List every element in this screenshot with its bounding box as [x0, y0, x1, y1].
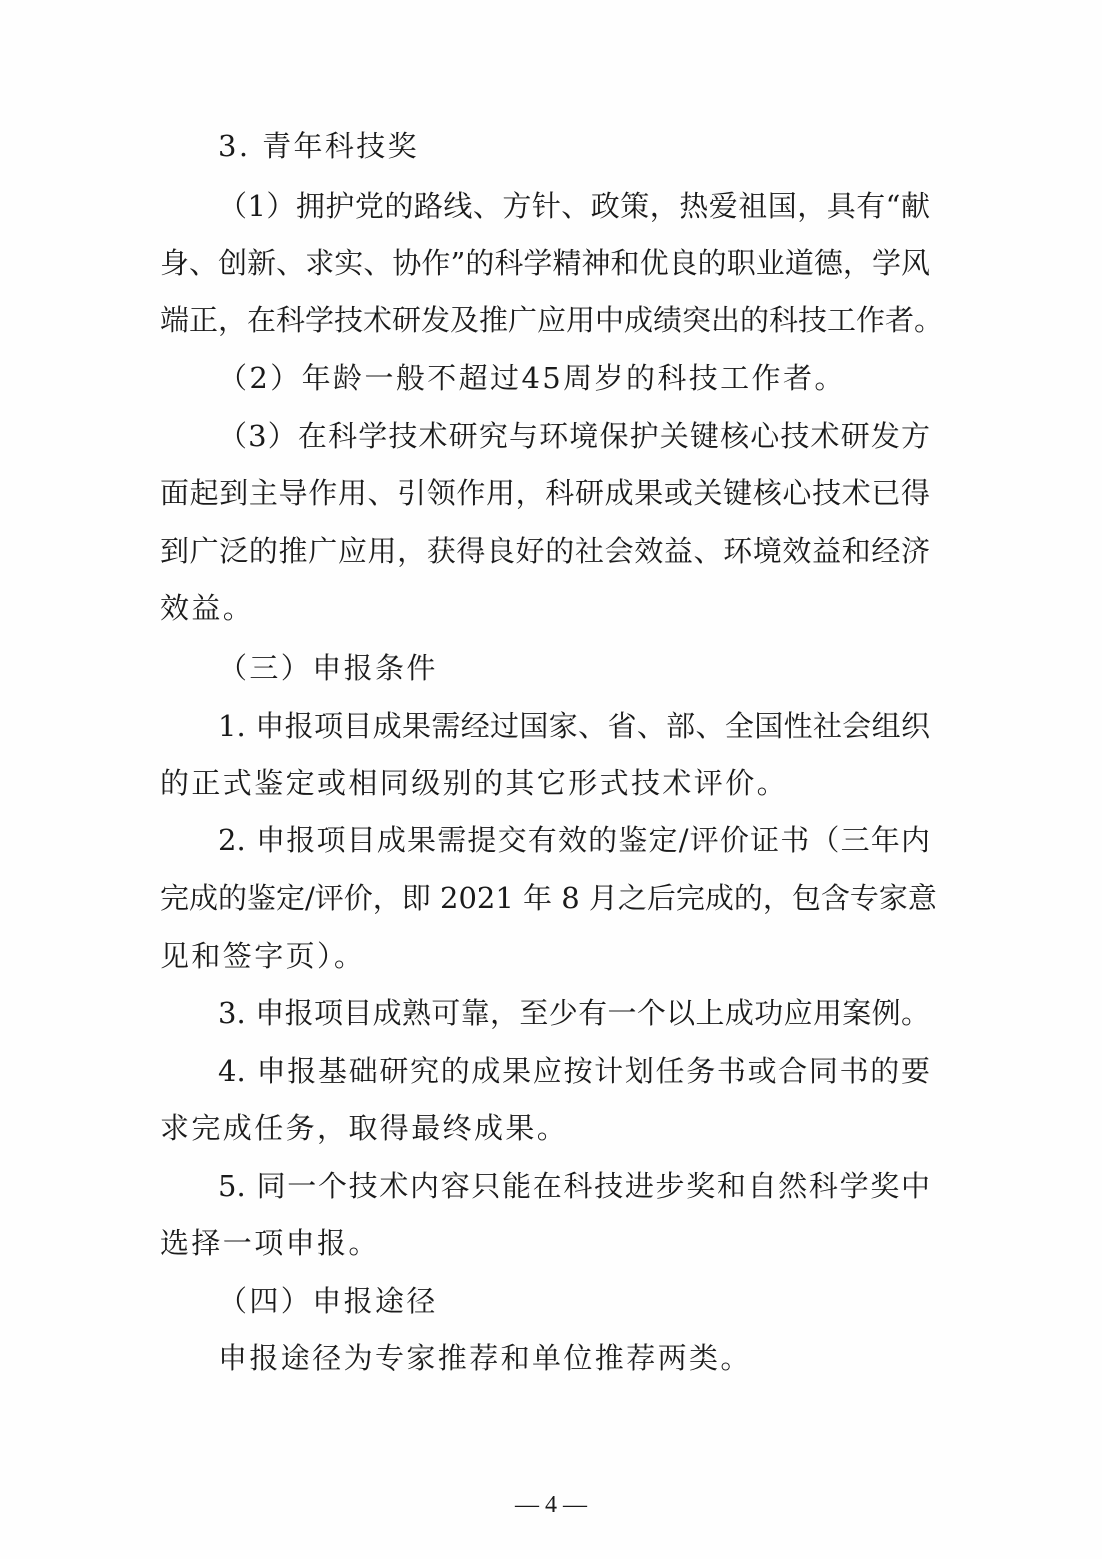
text-line: 面起到主导作用、引领作用，科研成果或关键核心技术已得 — [160, 475, 930, 511]
text-line: 完成的鉴定/评价，即 2021 年 8 月之后完成的，包含专家意 — [160, 880, 930, 916]
text-line: 见和签字页）。 — [160, 938, 930, 974]
text-line: （三）申报条件 — [218, 650, 988, 686]
text-line: 效益。 — [160, 590, 930, 626]
text-line: （3）在科学技术研究与环境保护关键核心技术研发方 — [218, 418, 930, 454]
document-page: 3. 青年科技奖（1）拥护党的路线、方针、政策，热爱祖国，具有“献身、创新、求实… — [0, 0, 1102, 1559]
text-line: 申报途径为专家推荐和单位推荐两类。 — [218, 1340, 988, 1376]
text-line: 3. 青年科技奖 — [218, 128, 988, 164]
page-number: — 4 — — [0, 1492, 1102, 1519]
text-line: 求完成任务，取得最终成果。 — [160, 1110, 930, 1146]
text-line: （四）申报途径 — [218, 1283, 988, 1319]
text-line: 身、创新、求实、协作”的科学精神和优良的职业道德，学风 — [160, 245, 930, 281]
text-line: 到广泛的推广应用，获得良好的社会效益、环境效益和经济 — [160, 533, 930, 569]
text-line: 5. 同一个技术内容只能在科技进步奖和自然科学奖中 — [218, 1168, 930, 1204]
text-line: 的正式鉴定或相同级别的其它形式技术评价。 — [160, 765, 930, 801]
text-line: 3. 申报项目成熟可靠，至少有一个以上成功应用案例。 — [218, 995, 930, 1031]
text-line: 选择一项申报。 — [160, 1225, 930, 1261]
text-line: 2. 申报项目成果需提交有效的鉴定/评价证书（三年内 — [218, 822, 930, 858]
text-line: （2）年龄一般不超过45周岁的科技工作者。 — [218, 360, 988, 396]
text-line: 1. 申报项目成果需经过国家、省、部、全国性社会组织 — [218, 708, 930, 744]
text-line: （1）拥护党的路线、方针、政策，热爱祖国，具有“献 — [218, 188, 930, 224]
text-line: 端正，在科学技术研发及推广应用中成绩突出的科技工作者。 — [160, 302, 930, 338]
text-line: 4. 申报基础研究的成果应按计划任务书或合同书的要 — [218, 1053, 930, 1089]
